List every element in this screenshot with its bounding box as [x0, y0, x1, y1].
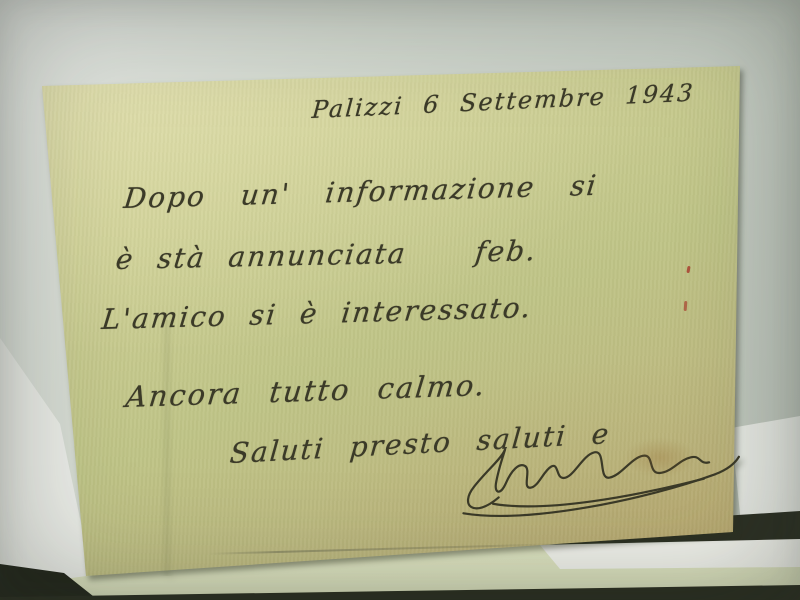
- paper-crease: [160, 320, 174, 576]
- postcard-wrapper: Palizzi 6 Settembre 1943 Dopo un' inform…: [0, 0, 800, 600]
- photo-of-handwritten-postcard: Palizzi 6 Settembre 1943 Dopo un' inform…: [0, 0, 800, 600]
- brown-stain: [610, 430, 710, 485]
